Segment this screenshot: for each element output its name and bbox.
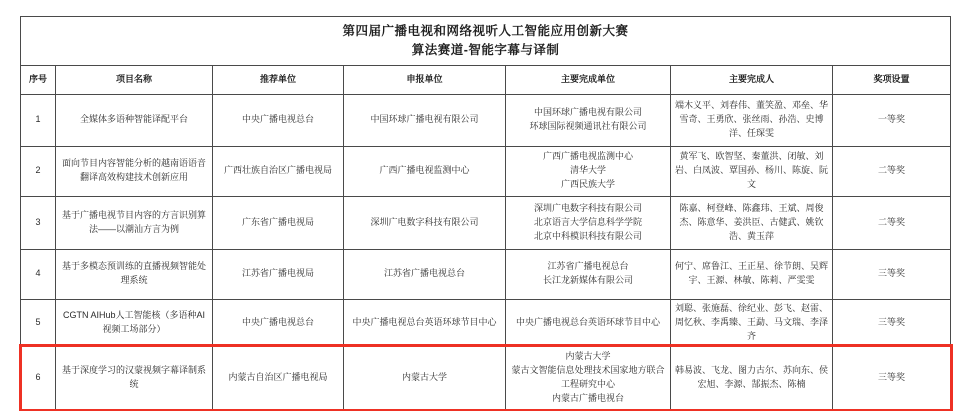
cell-serial: 5: [21, 299, 56, 346]
table-row: 3 基于广播电视节目内容的方言识别算法——以潮汕方言为例 广东省广播电视局 深圳…: [21, 196, 951, 249]
table-row: 5 CGTN AIHub人工智能核（多语种AI视频工场部分） 中央广播电视总台 …: [21, 299, 951, 346]
competition-subtitle: 算法赛道-智能字幕与译制: [23, 41, 948, 60]
table-row: 1 全媒体多语种智能译配平台 中央广播电视总台 中国环球广播电视有限公司 中国环…: [21, 94, 951, 146]
table-row: 2 面向节目内容智能分析的越南语语音翻译高效构建技术创新应用 广西壮族自治区广播…: [21, 146, 951, 196]
cell-serial: 4: [21, 249, 56, 299]
cell-main-contributors: 刘聪、张施磊、徐纪业、彭飞、赵雷、周忆秋、李禹臻、王勐、马文瑞、李泽齐: [671, 299, 833, 346]
cell-applying-unit: 内蒙古大学: [344, 346, 506, 410]
table-row: 4 基于多模态预训练的直播视频智能处理系统 江苏省广播电视局 江苏省广播电视总台…: [21, 249, 951, 299]
cell-completing-units: 中央广播电视总台英语环球节目中心: [506, 299, 671, 346]
table-header-row: 序号 项目名称 推荐单位 申报单位 主要完成单位 主要完成人 奖项设置: [21, 65, 951, 94]
cell-recommending-unit: 中央广播电视总台: [213, 299, 344, 346]
column-header-project: 项目名称: [56, 65, 213, 94]
awards-table: 第四届广播电视和网络视听人工智能应用创新大赛 算法赛道-智能字幕与译制 序号 项…: [20, 16, 951, 410]
cell-completing-units: 广西广播电视监测中心 清华大学 广西民族大学: [506, 146, 671, 196]
cell-recommending-unit: 中央广播电视总台: [213, 94, 344, 146]
column-header-applicant: 申报单位: [344, 65, 506, 94]
cell-award: 三等奖: [833, 346, 951, 410]
cell-main-contributors: 端木义平、刘春伟、董笑盈、邓垒、华雪奇、王勇欣、张丝雨、孙浩、史博洋、任琛雯: [671, 94, 833, 146]
cell-recommending-unit: 广东省广播电视局: [213, 196, 344, 249]
cell-award: 三等奖: [833, 249, 951, 299]
cell-applying-unit: 深圳广电数字科技有限公司: [344, 196, 506, 249]
cell-serial: 6: [21, 346, 56, 410]
table-row-highlighted: 6 基于深度学习的汉蒙视频字幕译制系统 内蒙古自治区广播电视局 内蒙古大学 内蒙…: [21, 346, 951, 410]
column-header-award: 奖项设置: [833, 65, 951, 94]
cell-applying-unit: 中国环球广播电视有限公司: [344, 94, 506, 146]
cell-award: 一等奖: [833, 94, 951, 146]
column-header-people: 主要完成人: [671, 65, 833, 94]
cell-recommending-unit: 江苏省广播电视局: [213, 249, 344, 299]
document-sheet: 第四届广播电视和网络视听人工智能应用创新大赛 算法赛道-智能字幕与译制 序号 项…: [20, 16, 950, 410]
cell-serial: 2: [21, 146, 56, 196]
cell-main-contributors: 陈嘉、柯登峰、陈鑫玮、王斌、周俊杰、陈意华、姜洪臣、古健武、姚钦浩、黄玉萍: [671, 196, 833, 249]
cell-award: 二等奖: [833, 196, 951, 249]
cell-main-contributors: 韩易波、飞龙、图力古尔、苏向东、侯宏旭、李源、郜振杰、陈楠: [671, 346, 833, 410]
cell-serial: 3: [21, 196, 56, 249]
cell-applying-unit: 广西广播电视监测中心: [344, 146, 506, 196]
cell-project-name: 面向节目内容智能分析的越南语语音翻译高效构建技术创新应用: [56, 146, 213, 196]
cell-award: 三等奖: [833, 299, 951, 346]
cell-serial: 1: [21, 94, 56, 146]
cell-project-name: 基于广播电视节目内容的方言识别算法——以潮汕方言为例: [56, 196, 213, 249]
cell-award: 二等奖: [833, 146, 951, 196]
competition-title: 第四届广播电视和网络视听人工智能应用创新大赛: [23, 22, 948, 41]
title-row: 第四届广播电视和网络视听人工智能应用创新大赛 算法赛道-智能字幕与译制: [21, 17, 951, 66]
cell-project-name: 基于多模态预训练的直播视频智能处理系统: [56, 249, 213, 299]
cell-project-name: CGTN AIHub人工智能核（多语种AI视频工场部分）: [56, 299, 213, 346]
cell-completing-units: 深圳广电数字科技有限公司 北京语言大学信息科学学院 北京中科模识科技有限公司: [506, 196, 671, 249]
cell-applying-unit: 江苏省广播电视总台: [344, 249, 506, 299]
cell-main-contributors: 黄军飞、欧智坚、秦董洪、闭敏、刘岩、白凤波、覃国孙、杨川、陈旋、阮文: [671, 146, 833, 196]
cell-applying-unit: 中央广播电视总台英语环球节目中心: [344, 299, 506, 346]
cell-recommending-unit: 内蒙古自治区广播电视局: [213, 346, 344, 410]
column-header-recommender: 推荐单位: [213, 65, 344, 94]
cell-completing-units: 江苏省广播电视总台 长江龙新媒体有限公司: [506, 249, 671, 299]
column-header-serial: 序号: [21, 65, 56, 94]
cell-project-name: 全媒体多语种智能译配平台: [56, 94, 213, 146]
cell-main-contributors: 何宁、席鲁江、王正星、徐节朗、吴辉宇、王源、林敏、陈莉、严雯雯: [671, 249, 833, 299]
column-header-units: 主要完成单位: [506, 65, 671, 94]
cell-completing-units: 中国环球广播电视有限公司 环球国际视频通讯社有限公司: [506, 94, 671, 146]
cell-completing-units: 内蒙古大学 蒙古文智能信息处理技术国家地方联合工程研究中心 内蒙古广播电视台: [506, 346, 671, 410]
cell-project-name: 基于深度学习的汉蒙视频字幕译制系统: [56, 346, 213, 410]
cell-recommending-unit: 广西壮族自治区广播电视局: [213, 146, 344, 196]
